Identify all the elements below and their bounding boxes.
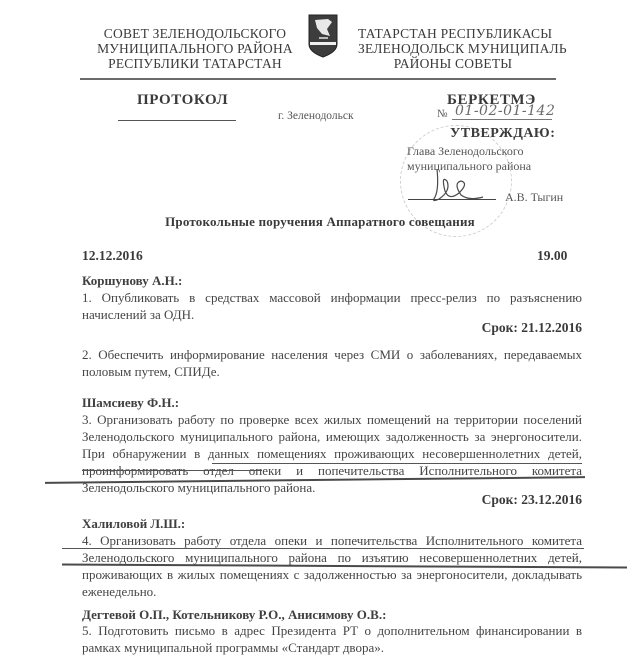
assignee-4: Дегтевой О.П., Котельникову Р.О., Анисим… (82, 606, 582, 623)
header-right-line: ТАТАРСТАН РЕСПУБЛИКАСЫ (358, 26, 548, 41)
header-left-russian: СОВЕТ ЗЕЛЕНОДОЛЬСКОГО МУНИЦИПАЛЬНОГО РАЙ… (95, 26, 295, 71)
deadline-3: Срок: 23.12.2016 (82, 492, 582, 508)
doc-type-underline (118, 120, 236, 121)
task-3: 3. Организовать работу по проверке всех … (82, 411, 582, 496)
task-5: 5. Подготовить письмо в адрес Президента… (82, 622, 582, 656)
coat-of-arms-icon (308, 14, 338, 58)
highlight-underline (212, 463, 582, 464)
signer-name: А.В. Тыгин (505, 190, 563, 205)
approval-role-line: Глава Зеленодольского (407, 144, 531, 159)
highlight-underline (62, 548, 584, 549)
assignee-2: Шамсиеву Ф.Н.: (82, 394, 582, 411)
meeting-time: 19.00 (537, 248, 567, 264)
header-right-line: ЗЕЛЕНОДОЛЬСК МУНИЦИПАЛЬ (358, 41, 548, 56)
task-2: 2. Обеспечить информирование населения ч… (82, 346, 582, 380)
task-1: 1. Опубликовать в средствах массовой инф… (82, 289, 582, 323)
approval-title: УТВЕРЖДАЮ: (450, 126, 555, 142)
doc-number-underline (452, 119, 552, 120)
header-left-line: РЕСПУБЛИКИ ТАТАРСТАН (95, 56, 295, 71)
assignee-3: Халиловой Л.Ш.: (82, 515, 582, 532)
doc-number-handwritten: 01-02-01-142 (455, 103, 555, 119)
highlight-underline (82, 470, 262, 471)
header-left-line: МУНИЦИПАЛЬНОГО РАЙОНА (95, 41, 295, 56)
header-divider (80, 78, 556, 80)
header-right-tatar: ТАТАРСТАН РЕСПУБЛИКАСЫ ЗЕЛЕНОДОЛЬСК МУНИ… (358, 26, 548, 71)
document-title: Протокольные поручения Аппаратного совещ… (0, 214, 640, 230)
assignee-1: Коршунову А.Н.: (82, 272, 582, 289)
doc-type-ru: ПРОТОКОЛ (137, 92, 228, 109)
deadline-1: Срок: 21.12.2016 (82, 320, 582, 336)
doc-number-label: № (437, 108, 448, 120)
header-right-line: РАЙОНЫ СОВЕТЫ (358, 56, 548, 71)
document-page: СОВЕТ ЗЕЛЕНОДОЛЬСКОГО МУНИЦИПАЛЬНОГО РАЙ… (0, 0, 640, 660)
meeting-date: 12.12.2016 (82, 248, 143, 264)
doc-city: г. Зеленодольск (278, 110, 354, 122)
signature-line (408, 199, 496, 200)
header-left-line: СОВЕТ ЗЕЛЕНОДОЛЬСКОГО (95, 26, 295, 41)
